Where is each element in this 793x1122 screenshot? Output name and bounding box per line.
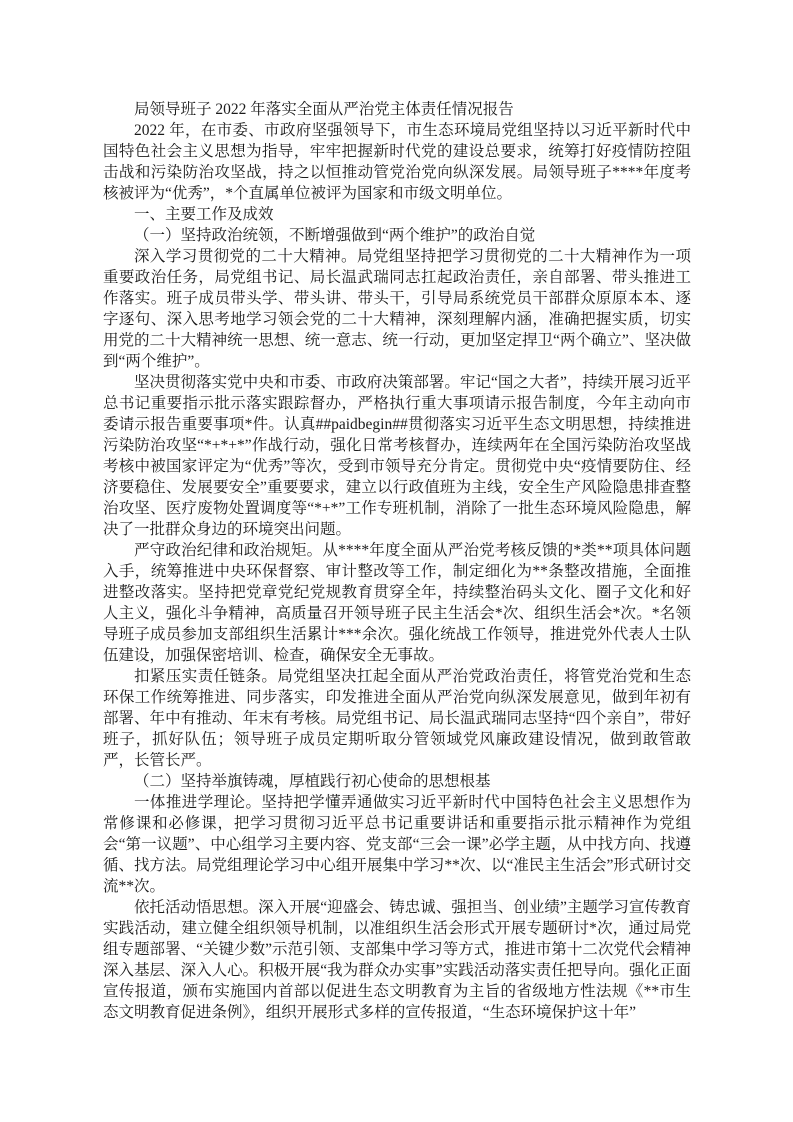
heading-level-1: 一、主要工作及成效: [103, 204, 691, 225]
heading-level-2: （二）坚持举旗铸魂，厚植践行初心使命的思想根基: [103, 771, 691, 792]
body-paragraph: 依托活动悟思想。深入开展“迎盛会、铸忠诚、强担当、创业绩”主题学习宣传教育实践活…: [103, 897, 691, 1023]
body-paragraph: 2022 年，在市委、市政府坚强领导下，市生态环境局党组坚持以习近平新时代中国特…: [103, 120, 691, 204]
document-page: 局领导班子 2022 年落实全面从严治党主体责任情况报告2022 年，在市委、市…: [0, 0, 793, 1122]
body-paragraph: 严守政治纪律和政治规矩。从****年度全面从严治党考核反馈的*类**项具体问题入…: [103, 540, 691, 666]
body-paragraph: 一体推进学理论。坚持把学懂弄通做实习近平新时代中国特色社会主义思想作为常修课和必…: [103, 792, 691, 897]
body-paragraph: 坚决贯彻落实党中央和市委、市政府决策部署。牢记“国之大者”，持续开展习近平总书记…: [103, 372, 691, 540]
heading-level-2: （一）坚持政治统领，不断增强做到“两个维护”的政治自觉: [103, 225, 691, 246]
body-paragraph: 扣紧压实责任链条。局党组坚决扛起全面从严治党政治责任，将管党治党和生态环保工作统…: [103, 666, 691, 771]
body-paragraph: 深入学习贯彻党的二十大精神。局党组坚持把学习贯彻党的二十大精神作为一项重要政治任…: [103, 246, 691, 372]
document-title: 局领导班子 2022 年落实全面从严治党主体责任情况报告: [103, 99, 691, 120]
document-body: 局领导班子 2022 年落实全面从严治党主体责任情况报告2022 年，在市委、市…: [103, 99, 691, 1023]
